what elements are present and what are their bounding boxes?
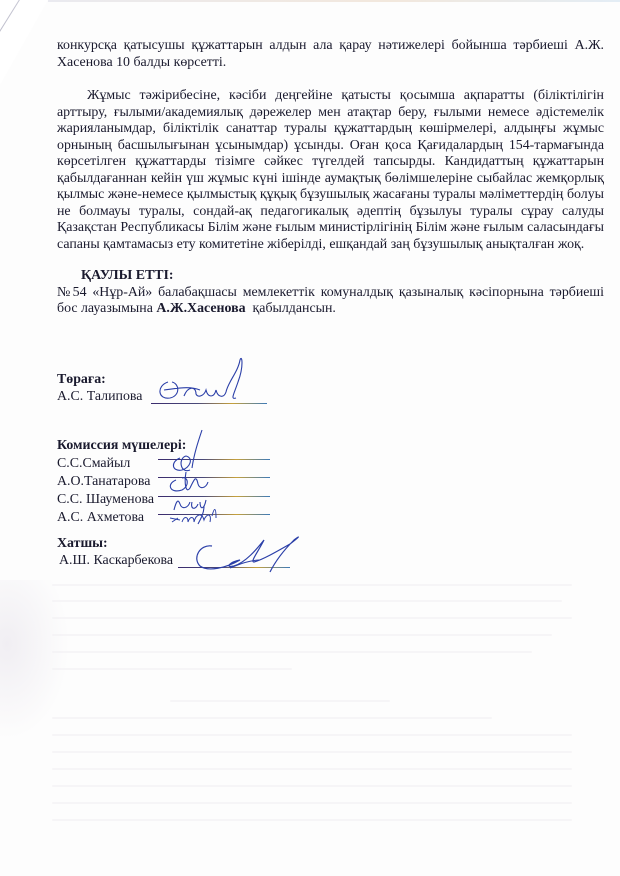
handwritten-signature-icon xyxy=(190,530,310,580)
document-body: конкурсқа қатысушы құжаттарын алдын ала … xyxy=(57,38,604,318)
member-name: А.О.Танатарова xyxy=(57,474,150,489)
decision-text: №54 «Нұр-Ай» балабақшасы мемлекеттік ком… xyxy=(57,285,604,318)
folded-corner xyxy=(0,0,48,85)
member-name: С.С. Шауменова xyxy=(57,492,154,507)
secretary-signature-block: Хатшы: А.Ш. Каскарбекова xyxy=(57,536,173,571)
secretary-name: А.Ш. Каскарбекова xyxy=(59,553,173,568)
paragraph-result: конкурсқа қатысушы құжаттарын алдын ала … xyxy=(57,38,604,71)
paragraph-documents: Жұмыс тәжірибесіне, кәсіби деңгейіне қат… xyxy=(57,88,604,253)
chair-signature-block: Төраға: А.С. Талипова xyxy=(57,372,142,407)
commission-title: Комиссия мүшелері: xyxy=(57,438,186,455)
signature-line xyxy=(158,459,270,460)
page-top-edge xyxy=(48,0,620,2)
scan-smudge xyxy=(0,580,70,740)
chair-name: А.С. Талипова xyxy=(57,389,142,404)
signature-row: А.С. Ахметова xyxy=(57,510,186,528)
signature-row: А.Ш. Каскарбекова xyxy=(57,553,173,571)
decision-text-after: қабылдансын. xyxy=(246,301,336,316)
decision-heading: ҚАУЛЫ ЕТТІ: xyxy=(81,268,604,285)
handwritten-signature-icon xyxy=(150,352,270,410)
member-name: А.С. Ахметова xyxy=(57,510,144,525)
signature-line xyxy=(178,567,290,568)
chair-title: Төраға: xyxy=(57,372,142,389)
signature-row: А.С. Талипова xyxy=(57,389,142,407)
candidate-name: А.Ж.Хасенова xyxy=(156,301,245,316)
signature-line xyxy=(158,477,270,478)
signature-row: С.С. Шауменова xyxy=(57,492,186,510)
signature-line xyxy=(151,403,267,404)
secretary-title: Хатшы: xyxy=(57,536,173,553)
member-name: С.С.Смайыл xyxy=(57,456,130,471)
signature-line xyxy=(158,514,270,515)
signature-line xyxy=(158,496,270,497)
scanned-page: конкурсқа қатысушы құжаттарын алдын ала … xyxy=(0,0,620,876)
